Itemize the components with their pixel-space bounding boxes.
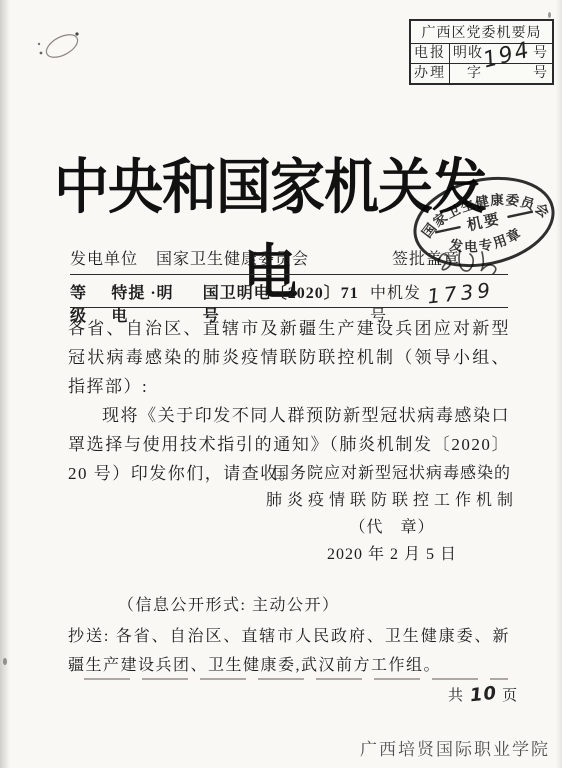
page-count-prefix: 共 [448, 684, 465, 705]
svg-text:国家卫生健康委员会: 国家卫生健康委员会 [413, 179, 555, 246]
meta-divider-1 [70, 274, 508, 275]
handwritten-serial-number: 1739 [426, 278, 495, 309]
registry-box: 广西区党委机要局 电报 明收 号 办理 字 号 194 [409, 19, 554, 85]
sign-seal-label: 签批盖章 [392, 246, 460, 269]
footer-divider [84, 678, 508, 680]
disclosure-note: （信息公开形式: 主动公开） [118, 592, 339, 615]
issuer-value: 国家卫生健康委员会 [156, 246, 309, 269]
addressee-paragraph: 各省、自治区、直辖市及新疆生产建设兵团应对新型冠状病毒感染的肺炎疫情联防联控机制… [68, 314, 510, 401]
registry-row-handle: 办理 字 号 [411, 63, 552, 83]
signoff-block: 国务院应对新型冠状病毒感染的 肺炎疫情联防联控工作机制 （代 章） 2020 年… [262, 460, 522, 568]
registry-suffix: 号 [533, 44, 552, 63]
registry-row-telegram: 电报 明收 号 [411, 44, 552, 63]
registry-field: 明收 [453, 44, 483, 63]
page-count-suffix: 页 [502, 684, 519, 705]
registry-label: 电报 [411, 44, 450, 63]
stamp-middle-text: 机要 [465, 210, 502, 235]
issuer-label: 发电单位 [70, 246, 138, 269]
signoff-seal-note: （代 章） [262, 514, 522, 541]
stamp-top-arc-text: 国家卫生健康委员会 [413, 179, 555, 246]
scan-speck [548, 12, 551, 18]
scan-speck [3, 658, 7, 665]
grade-row: 等级 特提 ·明电 国卫明电〔2020〕71 号 中机发1739号 [70, 279, 508, 305]
registry-suffix: 号 [533, 64, 552, 83]
meta-section: 发电单位 国家卫生健康委员会 签批盖章 等级 特提 ·明电 国卫明电〔2020〕… [70, 246, 508, 312]
registry-label: 办理 [411, 64, 450, 83]
page-count: 共 10 页 [448, 684, 519, 705]
pencil-scribble-mark [22, 20, 92, 75]
signoff-line1: 国务院应对新型冠状病毒感染的 [262, 460, 522, 487]
issuer-row: 发电单位 国家卫生健康委员会 签批盖章 [70, 246, 508, 272]
serial-prefix: 中机发 [370, 285, 421, 302]
signoff-date: 2020 年 2 月 5 日 [262, 541, 522, 568]
document-page: 广西区党委机要局 电报 明收 号 办理 字 号 194 中央和国家机关发电 [0, 0, 562, 768]
institution-watermark: 广西培贤国际职业学院 [360, 735, 550, 760]
cc-paragraph: 抄送: 各省、自治区、直辖市人民政府、卫生健康委、新疆生产建设兵团、卫生健康委,… [68, 622, 510, 680]
handwritten-page-number: 10 [469, 683, 498, 707]
registry-box-header: 广西区党委机要局 [411, 21, 552, 44]
signoff-line2: 肺炎疫情联防联控工作机制 [262, 487, 522, 514]
registry-field: 字 [467, 64, 482, 83]
